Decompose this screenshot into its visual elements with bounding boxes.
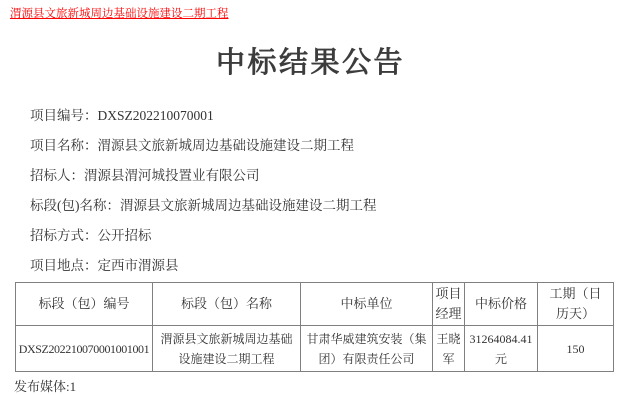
bid-result-table: 标段（包）编号 标段（包）名称 中标单位 项目经理 中标价格 工期（日历天） D… xyxy=(15,282,614,372)
info-label: 项目名称： xyxy=(30,138,98,153)
publish-media-text: 发布媒体:1 xyxy=(14,376,76,395)
header-project-manager: 项目经理 xyxy=(433,283,465,326)
info-value: 定西市渭源县 xyxy=(98,258,179,273)
info-line-bid-method: 招标方式：公开招标 xyxy=(30,228,611,244)
info-label: 项目编号： xyxy=(30,108,98,123)
cell-duration: 150 xyxy=(538,326,614,372)
info-value: 渭源县文旅新城周边基础设施建设二期工程 xyxy=(98,138,355,153)
info-line-project-number: 项目编号：DXSZ202210070001 xyxy=(30,108,611,124)
info-label: 标段(包)名称： xyxy=(30,198,120,213)
header-section-code: 标段（包）编号 xyxy=(16,283,153,326)
info-line-project-location: 项目地点：定西市渭源县 xyxy=(30,258,611,274)
info-value: 渭源县文旅新城周边基础设施建设二期工程 xyxy=(120,198,377,213)
info-line-tenderer: 招标人：渭源县渭河城投置业有限公司 xyxy=(30,168,611,184)
cell-winning-bidder: 甘肃华威建筑安装（集团）有限责任公司 xyxy=(301,326,433,372)
info-line-project-name: 项目名称：渭源县文旅新城周边基础设施建设二期工程 xyxy=(30,138,611,154)
info-label: 招标人： xyxy=(30,168,84,183)
project-info-block: 项目编号：DXSZ202210070001 项目名称：渭源县文旅新城周边基础设施… xyxy=(30,108,611,288)
header-section-name: 标段（包）名称 xyxy=(153,283,301,326)
page-title: 中标结果公告 xyxy=(0,40,621,81)
table-header-row: 标段（包）编号 标段（包）名称 中标单位 项目经理 中标价格 工期（日历天） xyxy=(16,283,614,326)
header-duration: 工期（日历天） xyxy=(538,283,614,326)
header-winning-bidder: 中标单位 xyxy=(301,283,433,326)
info-label: 招标方式： xyxy=(30,228,98,243)
info-label: 项目地点： xyxy=(30,258,98,273)
cell-bid-price: 31264084.41元 xyxy=(465,326,538,372)
header-bid-price: 中标价格 xyxy=(465,283,538,326)
info-line-section-name: 标段(包)名称：渭源县文旅新城周边基础设施建设二期工程 xyxy=(30,198,611,214)
table-row: DXSZ202210070001001001 渭源县文旅新城周边基础设施建设二期… xyxy=(16,326,614,372)
breadcrumb-link[interactable]: 渭源县文旅新城周边基础设施建设二期工程 xyxy=(10,5,229,21)
cell-section-name: 渭源县文旅新城周边基础设施建设二期工程 xyxy=(153,326,301,372)
info-value: DXSZ202210070001 xyxy=(98,108,214,123)
cell-section-code: DXSZ202210070001001001 xyxy=(16,326,153,372)
info-value: 公开招标 xyxy=(98,228,152,243)
info-value: 渭源县渭河城投置业有限公司 xyxy=(84,168,260,183)
cell-project-manager: 王晓军 xyxy=(433,326,465,372)
